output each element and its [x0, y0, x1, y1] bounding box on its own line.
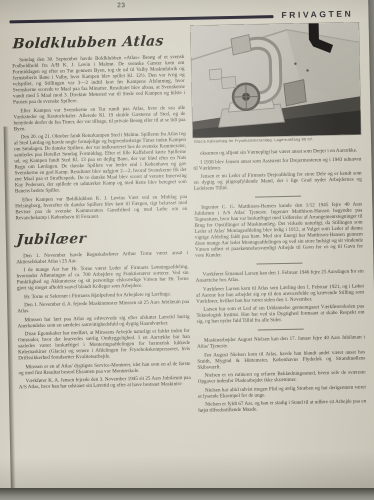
paragraph: Larsen har som et Led af sin Uddannelse … — [196, 303, 364, 324]
paragraph: Nielsen er fyldt 67 Aar, og han er stadi… — [198, 398, 366, 413]
paragraph: Minssen er en af Atlas' dygtigste Servic… — [18, 360, 190, 375]
section-heading-boldklubben-atlas: Boldklubben Atlas — [12, 33, 185, 52]
paragraph: Den 1. November havde Regnskabsfører Art… — [16, 249, 188, 264]
left-column: Boldklubben Atlas Søndag den 30. Septemb… — [12, 33, 191, 393]
scanner-backdrop: 23 FRIVAGTEN Boldklubben Atlas Søndag de… — [0, 0, 374, 500]
paragraph: Disse Egenskaber har medført, at Minssen… — [18, 328, 191, 361]
page-number: 23 — [117, 2, 125, 9]
paragraph: Værkfører K. A. Jensen fejrede den 3. No… — [19, 375, 191, 390]
jubilaeer-paragraphs: Den 1. November havde Regnskabsfører Art… — [16, 249, 191, 390]
paragraph: Minssen har lært paa Atlas og erhvervede… — [17, 313, 189, 328]
paragraph: Nielsen er en rutineret og erfaren Beklæ… — [198, 369, 366, 384]
right-column: Glacia Køleanlæg for Frysekammeranlæg. L… — [191, 22, 367, 416]
paragraph: Værkfører Larsen kom til Atlas som Lærli… — [196, 283, 364, 304]
header-rule — [9, 15, 273, 23]
masthead-title: FRIVAGTEN — [281, 9, 353, 20]
photo-caption: Glacia Køleanlæg for Frysekammeranlæg. L… — [194, 136, 361, 143]
paragraph: Ingeniør C. G. Matthison-Hansen kunde de… — [194, 201, 363, 258]
section-separator — [258, 329, 304, 331]
paragraph: Jensen er nu Leder af Firmaets Drejeafde… — [194, 170, 362, 191]
right-column-blocks: eksamen og aftjent sin Værnepligt har væ… — [193, 147, 366, 413]
paragraph: I 1938 blev Jensen ansat som Assistent f… — [193, 156, 361, 171]
paragraph: Søndag den 30. September havde Boldklubb… — [12, 54, 185, 105]
scan-bottom-edge — [0, 488, 374, 500]
paragraph: Nielsen har altid udvist megen Flid og æ… — [198, 384, 366, 399]
section-separator — [255, 196, 301, 198]
section-separator — [256, 263, 302, 265]
paragraph: Efter Kampen var Svenskerne en Tur rundt… — [13, 104, 185, 131]
paragraph: Den 20. og 21. Oktober fandt Returkampen… — [14, 131, 187, 194]
atlas-paragraphs: Søndag den 30. September havde Boldklubb… — [12, 54, 187, 221]
paragraph: I de mange Aar har Hr. Torne været Leder… — [16, 264, 188, 291]
paragraph: eksamen og aftjent sin Værnepligt har væ… — [193, 147, 361, 156]
paragraph: Maskinarbejder August Nielsen kan den 17… — [197, 334, 365, 349]
paragraph: Efter Kampen var Boldklubben K. J. Løvin… — [15, 193, 187, 220]
refrigeration-machine-illustration — [191, 22, 361, 137]
paragraph: Den 1. November d. A. fejrede Maskinmest… — [17, 299, 189, 314]
machine-photo — [191, 22, 361, 137]
section-heading-jubilaeer: Jubilæer — [16, 228, 189, 247]
magazine-page: 23 FRIVAGTEN Boldklubben Atlas Søndag de… — [0, 0, 374, 498]
paragraph: Værkfører Emanuel Larsen kan den 1. Febr… — [196, 268, 364, 283]
paragraph: Før August Nielsen kom til Atlas, havde … — [197, 349, 365, 370]
